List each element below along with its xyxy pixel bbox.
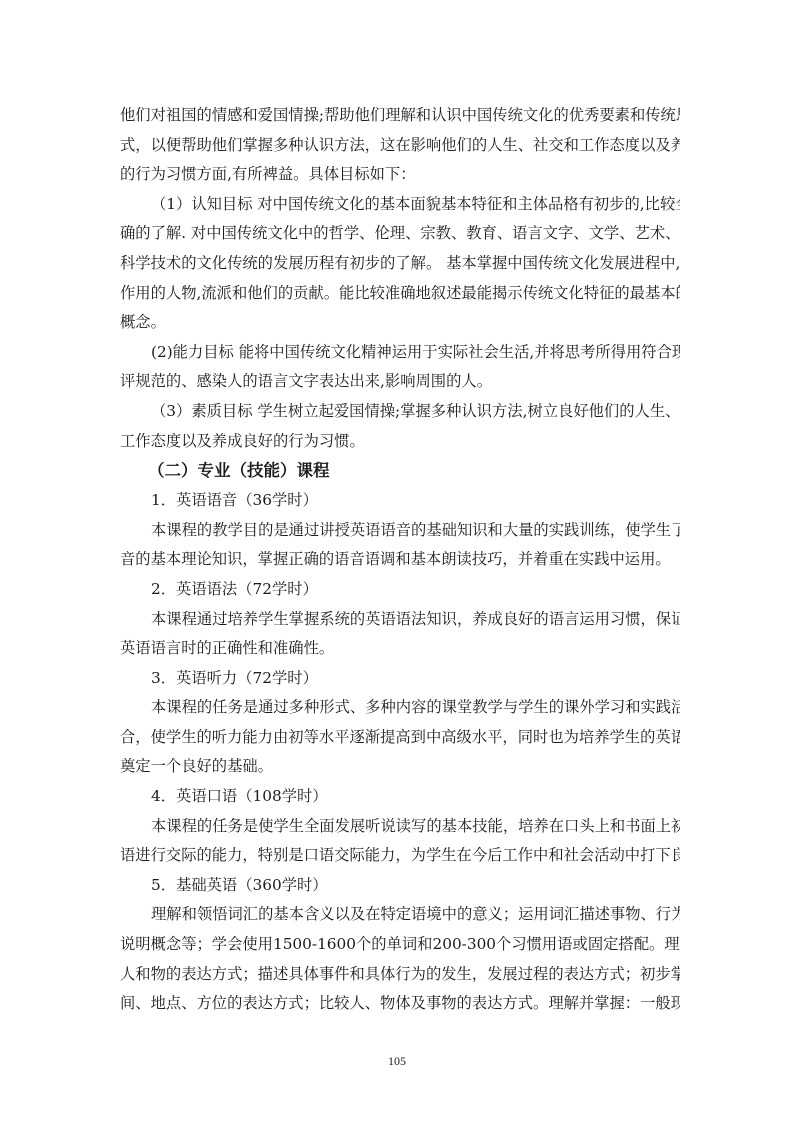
course-title: 4．英语口语（108学时） xyxy=(120,782,680,812)
text-line: 英语语言时的正确性和准确性。 xyxy=(120,634,680,664)
text-line: 他们对祖国的情感和爱国情操;帮助他们理解和认识中国传统文化的优秀要素和传统思维方 xyxy=(120,101,680,131)
text-line: (2)能力目标 能将中国传统文化精神运用于实际社会生活,并将思考所得用符合现代测 xyxy=(120,338,680,368)
text-line: 理解和领悟词汇的基本含义以及在特定语境中的意义；运用词汇描述事物、行为和特征、 xyxy=(120,900,680,930)
text-line: 的行为习惯方面,有所裨益。具体目标如下： xyxy=(120,160,680,190)
text-line: 本课程的任务是通过多种形式、多种内容的课堂教学与学生的课外学习和实践活动相结 xyxy=(120,693,680,723)
page-number: 105 xyxy=(0,1054,794,1069)
text-line: 作用的人物,流派和他们的贡献。能比较准确地叙述最能揭示传统文化特征的最基本的命题… xyxy=(120,279,680,309)
text-line: （3）素质目标 学生树立起爱国情操;掌握多种认识方法,树立良好他们的人生、社交和 xyxy=(120,397,680,427)
course-title: 2．英语语法（72学时） xyxy=(120,575,680,605)
text-line: 奠定一个良好的基础。 xyxy=(120,752,680,782)
text-line: 合，使学生的听力能力由初等水平逐渐提高到中高级水平，同时也为培养学生的英语交际能… xyxy=(120,723,680,753)
text-line: 科学技术的文化传统的发展历程有初步的了解。 基本掌握中国传统文化发展进程中,起关… xyxy=(120,249,680,279)
text-line: 本课程通过培养学生掌握系统的英语语法知识，养成良好的语言运用习惯，保证他们使用 xyxy=(120,605,680,635)
text-line: 确的了解. 对中国传统文化中的哲学、伦理、宗教、教育、语言文字、文学、艺术、史学… xyxy=(120,219,680,249)
text-line: 间、地点、方位的表达方式；比较人、物体及事物的表达方式。理解并掌握：一般现在时；… xyxy=(120,989,680,1019)
text-line: 概念。 xyxy=(120,308,680,338)
document-page: 他们对祖国的情感和爱国情操;帮助他们理解和认识中国传统文化的优秀要素和传统思维方… xyxy=(120,101,680,1019)
text-line: 本课程的任务是使学生全面发展听说读写的基本技能，培养在口头上和书面上初步运用英 xyxy=(120,812,680,842)
text-line: 本课程的教学目的是通过讲授英语语音的基础知识和大量的实践训练，使学生了解英语语 xyxy=(120,516,680,546)
text-line: 工作态度以及养成良好的行为习惯。 xyxy=(120,427,680,457)
text-line: 说明概念等；学会使用1500-1600个的单词和200-300个习惯用语或固定搭… xyxy=(120,930,680,960)
text-line: 音的基本理论知识，掌握正确的语音语调和基本朗读技巧，并着重在实践中运用。 xyxy=(120,545,680,575)
section-heading: （二）专业（技能）课程 xyxy=(120,456,680,486)
course-title: 5．基础英语（360学时） xyxy=(120,871,680,901)
course-title: 1．英语语音（36学时） xyxy=(120,486,680,516)
text-line: （1）认知目标 对中国传统文化的基本面貌基本特征和主体品格有初步的,比较全面,正 xyxy=(120,190,680,220)
text-line: 语进行交际的能力，特别是口语交际能力，为学生在今后工作中和社会活动中打下良好的基… xyxy=(120,841,680,871)
text-line: 人和物的表达方式；描述具体事件和具体行为的发生，发展过程的表达方式；初步掌握描述… xyxy=(120,960,680,990)
course-title: 3．英语听力（72学时） xyxy=(120,664,680,694)
text-line: 式，以便帮助他们掌握多种认识方法，这在影响他们的人生、社交和工作态度以及养成良好 xyxy=(120,131,680,161)
text-line: 评规范的、感染人的语言文字表达出来,影响周围的人。 xyxy=(120,367,680,397)
